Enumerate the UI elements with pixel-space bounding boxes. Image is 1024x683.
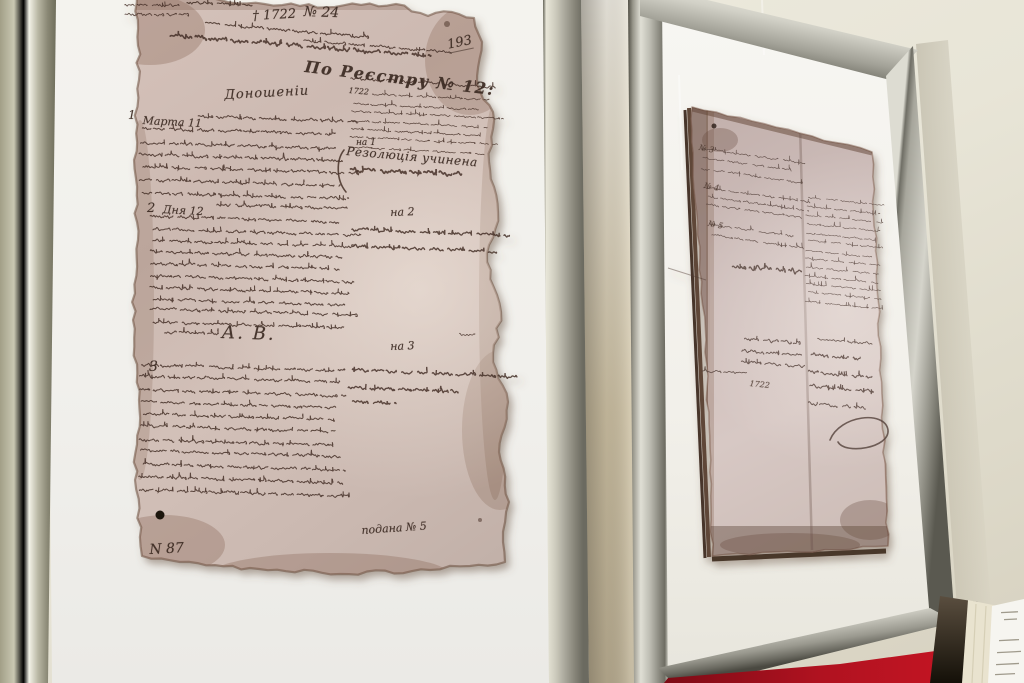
- photo-two-framed-manuscripts: № 24 † 1722 193 По Реєстру № 12: 1722 До…: [0, 0, 1024, 683]
- exhibit-label-card: [988, 599, 1024, 683]
- left-frame-right-bar: [543, 0, 589, 683]
- left-frame-left-bar: [0, 0, 56, 683]
- right-paper-stains: [686, 100, 900, 562]
- scene-graphic: [0, 0, 1024, 683]
- right-frame-left-bar: [628, 0, 668, 683]
- filing-hole: [156, 511, 165, 520]
- left-manuscript: [95, 0, 538, 597]
